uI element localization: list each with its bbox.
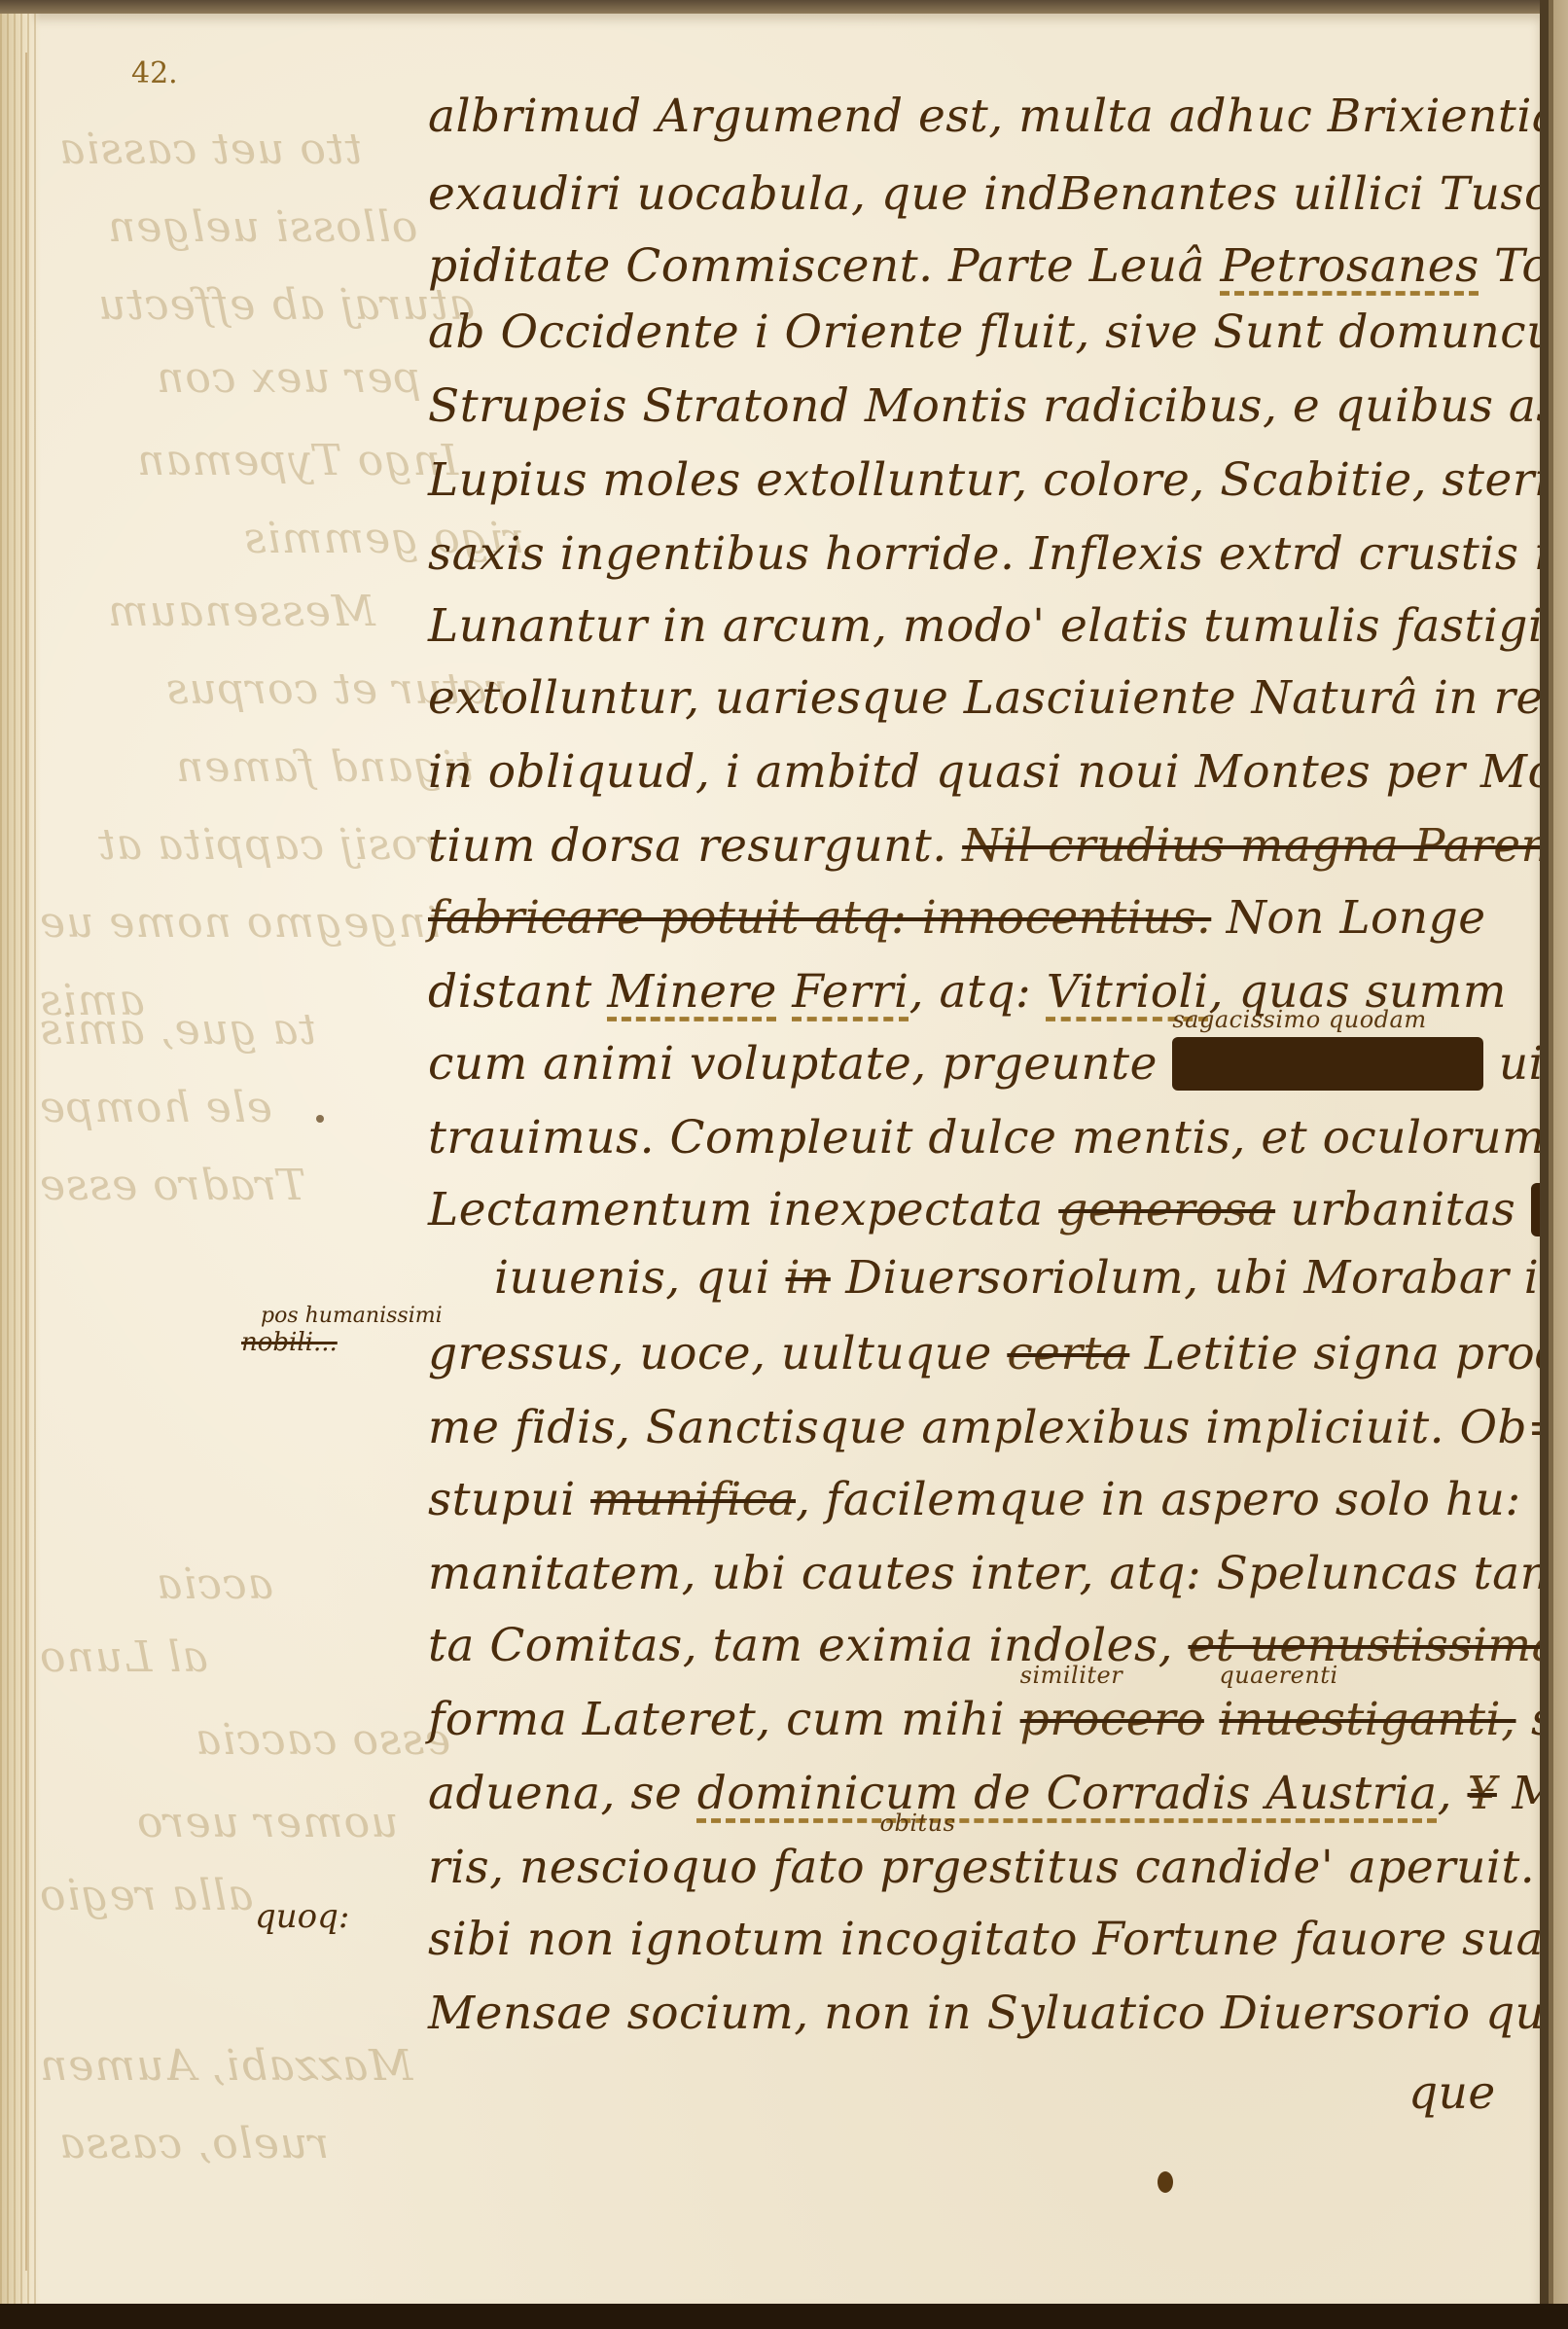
- bleed-through-text: ele hompe: [39, 1083, 272, 1132]
- struck-text: Nil crudius magna Paren: [962, 819, 1540, 873]
- struck-text: in: [786, 1251, 831, 1305]
- text-segment: Diuersoriolum, ubi Morabar in: [831, 1251, 1540, 1305]
- manuscript-line: extolluntur, uariesque Lasciuiente Natur…: [428, 675, 1537, 721]
- underlined-text: Petrosanes: [1220, 239, 1479, 293]
- manuscript-line: Lunantur in arcum, modo' elatis tumulis …: [428, 603, 1537, 649]
- text-segment: saxis ingentibus horride. Inflexis extrd…: [428, 527, 1540, 581]
- manuscript-line: Strupeis Stratond Montis radicibus, e qu…: [428, 383, 1537, 429]
- interlinear-insertion: similiter: [1020, 1664, 1123, 1687]
- text-segment: uiro, Lu: [1483, 1037, 1540, 1091]
- manuscript-line: trauimus. Compleuit dulce mentis, et ocu…: [428, 1115, 1537, 1161]
- ink-blot: [316, 1115, 324, 1123]
- interlinear-insertion: sagacissimo quodam: [1172, 1008, 1426, 1031]
- bleed-through-text: uomer uero: [136, 1798, 399, 1847]
- text-segment: trauimus. Compleuit dulce mentis, et ocu…: [428, 1111, 1540, 1164]
- text-segment: exaudiri uocabula, que indBenantes uilli…: [428, 167, 1540, 221]
- underlined-text: Minere: [607, 965, 777, 1019]
- manuscript-line: sibi non ignotum incogitato Fortune fauo…: [428, 1917, 1537, 1962]
- manuscript-line: fabricare potuit atq: innocentius. Non L…: [428, 895, 1486, 941]
- text-segment: piditate Commiscent. Parte Leuâ: [428, 239, 1220, 293]
- bleed-through-text: Ingo Typeman: [136, 436, 458, 485]
- struck-text: generosa: [1058, 1183, 1275, 1236]
- manuscript-line: aduena, se dominicum de Corradis Austria…: [428, 1771, 1537, 1816]
- text-segment: iuuenis, qui: [494, 1251, 786, 1305]
- bleed-through-text: ollossi uelgen: [107, 202, 417, 252]
- text-segment: gressus, uoce, uultuque: [428, 1327, 1007, 1380]
- manuscript-line: ta Comitas, tam eximia indoles, et uenus…: [428, 1623, 1537, 1668]
- text-segment: Torrensis: [1479, 239, 1540, 293]
- ink-blot: [1158, 2171, 1173, 2193]
- text-segment: manitatem, ubi cautes inter, atq: Spelun…: [428, 1547, 1540, 1600]
- manuscript-line: Lectamentum inexpectata generosa urbanit…: [428, 1187, 1537, 1233]
- margin-note-struck: nobili...: [241, 1328, 443, 1357]
- manuscript-line: Lupius moles extolluntur, colore, Scabit…: [428, 457, 1537, 503]
- text-segment: distant: [428, 965, 607, 1019]
- underlined-text: dominicum de Corradis Austria: [697, 1767, 1438, 1820]
- manuscript-line: stupui munifica, facilemque in aspero so…: [428, 1477, 1521, 1523]
- text-segment: [777, 965, 792, 1019]
- manuscript-line: gressus, uoce, uultuque certa Letitie si…: [428, 1331, 1537, 1377]
- text-segment: , atq:: [909, 965, 1047, 1019]
- text-segment: Strupeis Stratond Montis radicibus, e qu…: [428, 379, 1540, 433]
- text-segment: que: [1408, 2066, 1496, 2120]
- text-segment: candide' aperuit. Me: [1120, 1841, 1540, 1894]
- manuscript-line: Mensae socium, non in Syluatico Diuersor…: [428, 1990, 1537, 2036]
- text-segment: in obliquud, i ambitd quasi noui Montes …: [428, 745, 1540, 799]
- bleed-through-text: al Luno: [39, 1632, 208, 1682]
- margin-note-inserted: pos humanissimi: [261, 1304, 443, 1328]
- text-segment: stupui: [428, 1473, 590, 1526]
- bleed-through-text: ingegmo nome ue: [39, 898, 441, 948]
- text-segment: [1204, 1693, 1219, 1746]
- bleed-through-text: Messenaum: [107, 587, 375, 636]
- text-segment: Letitie signa proden: [1129, 1327, 1540, 1380]
- text-segment: cum animi voluptate, prgeunte: [428, 1037, 1172, 1091]
- bleed-through-text: ruelo, cassa: [58, 2119, 329, 2168]
- text-segment: ris, nescioquo fato: [428, 1841, 880, 1894]
- text-segment: prgestitusobitus: [880, 1841, 1121, 1894]
- struck-text: procerosimiliter: [1020, 1693, 1204, 1746]
- manuscript-line: saxis ingentibus horride. Inflexis extrd…: [428, 531, 1537, 577]
- manuscript-line: piditate Commiscent. Parte Leuâ Petrosan…: [428, 243, 1537, 289]
- text-segment: tium dorsa resurgunt.: [428, 819, 962, 873]
- page-number: 42.: [131, 56, 178, 90]
- bleed-through-text: tto uet cassia: [58, 125, 362, 174]
- bleed-through-text: esso caccia: [195, 1715, 450, 1765]
- struck-text: certa: [1007, 1327, 1129, 1380]
- bleed-through-text: ta gue, amis: [39, 1005, 316, 1055]
- manuscript-line: cum animi voluptate, prgeunte humanissim…: [428, 1041, 1537, 1087]
- bleed-through-text: alla regio: [39, 1871, 253, 1920]
- text-segment: Mensae socium, non in Syluatico Diuersor…: [428, 1987, 1540, 2040]
- manuscript-line: ris, nescioquo fato prgestitusobitus can…: [428, 1845, 1537, 1890]
- text-segment: extolluntur, uariesque Lasciuiente Natur…: [428, 671, 1540, 725]
- manuscript-line: iuuenis, qui in Diuersoriolum, ubi Morab…: [494, 1255, 1540, 1301]
- ink-blotted-text: humanissimosagacissimo quodam: [1172, 1037, 1483, 1091]
- text-segment: Lunantur in arcum, modo' elatis tumulis …: [428, 599, 1540, 653]
- text-segment: ab Occidente i Oriente fluit, sive Sunt …: [428, 305, 1540, 359]
- page-content: tto uet cassiaollossi uelgenaturaj ab ef…: [0, 0, 1540, 2329]
- struck-text: munifica: [590, 1473, 796, 1526]
- interlinear-insertion: obitus: [880, 1811, 956, 1835]
- text-segment: forma Lateret, cum mihi: [428, 1693, 1020, 1746]
- text-segment: Non Longe: [1211, 891, 1485, 945]
- manuscript-line: albrimud Argumend est, multa adhuc Brixi…: [428, 93, 1537, 139]
- text-segment: , facilemque in aspero solo hu:: [796, 1473, 1521, 1526]
- struck-text: ¥: [1468, 1767, 1497, 1820]
- manuscript-line: in obliquud, i ambitd quasi noui Montes …: [428, 749, 1537, 795]
- text-segment: Lectamentum inexpectata: [428, 1183, 1058, 1236]
- bleed-through-text: accia: [156, 1559, 273, 1609]
- struck-text: inuestiganti,quaerenti: [1219, 1693, 1515, 1746]
- margin-note-quoq: quoq:: [255, 1897, 349, 1936]
- manuscript-line: exaudiri uocabula, que indBenantes uilli…: [428, 171, 1537, 217]
- text-segment: Mine:: [1497, 1767, 1540, 1820]
- text-segment: aduena, se: [428, 1767, 697, 1820]
- margin-note-struck-insertion: pos humanissimi nobili...: [241, 1304, 443, 1357]
- right-binding-edge: [1540, 0, 1568, 2329]
- bleed-through-text: Mazzabi, Aumen: [39, 2041, 412, 2091]
- text-segment: albrimud Argumend est, multa adhuc Brixi…: [428, 90, 1540, 143]
- underlined-text: Ferri: [792, 965, 909, 1019]
- text-segment: me fidis, Sanctisque amplexibus impliciu…: [428, 1401, 1540, 1454]
- struck-text: fabricare potuit atq: innocentius.: [428, 891, 1211, 945]
- text-segment: Lupius moles extolluntur, colore, Scabit…: [428, 453, 1540, 507]
- manuscript-line: forma Lateret, cum mihi procerosimiliter…: [428, 1697, 1537, 1742]
- manuscript-line: tium dorsa resurgunt. Nil crudius magna …: [428, 823, 1537, 869]
- interlinear-insertion: quaerenti: [1219, 1664, 1337, 1687]
- bleed-through-text: per uex con: [156, 353, 421, 403]
- manuscript-line: me fidis, Sanctisque amplexibus impliciu…: [428, 1405, 1537, 1451]
- bleed-through-text: aturaj ab effectu: [97, 280, 475, 330]
- manuscript-line: manitatem, ubi cautes inter, atq: Spelun…: [428, 1551, 1537, 1596]
- text-segment: se: [1516, 1693, 1540, 1746]
- ink-blotted-text: ill: [1531, 1183, 1540, 1236]
- bleed-through-text: Tradro esse: [39, 1161, 306, 1210]
- text-segment: ,: [1438, 1767, 1468, 1820]
- manuscript-line: que: [1408, 2070, 1496, 2116]
- bleed-through-text: rosij cappita at: [97, 820, 439, 870]
- text-segment: urbanitas: [1275, 1183, 1531, 1236]
- manuscript-line: ab Occidente i Oriente fluit, sive Sunt …: [428, 309, 1537, 355]
- text-segment: sibi non ignotum incogitato Fortune fauo…: [428, 1913, 1540, 1966]
